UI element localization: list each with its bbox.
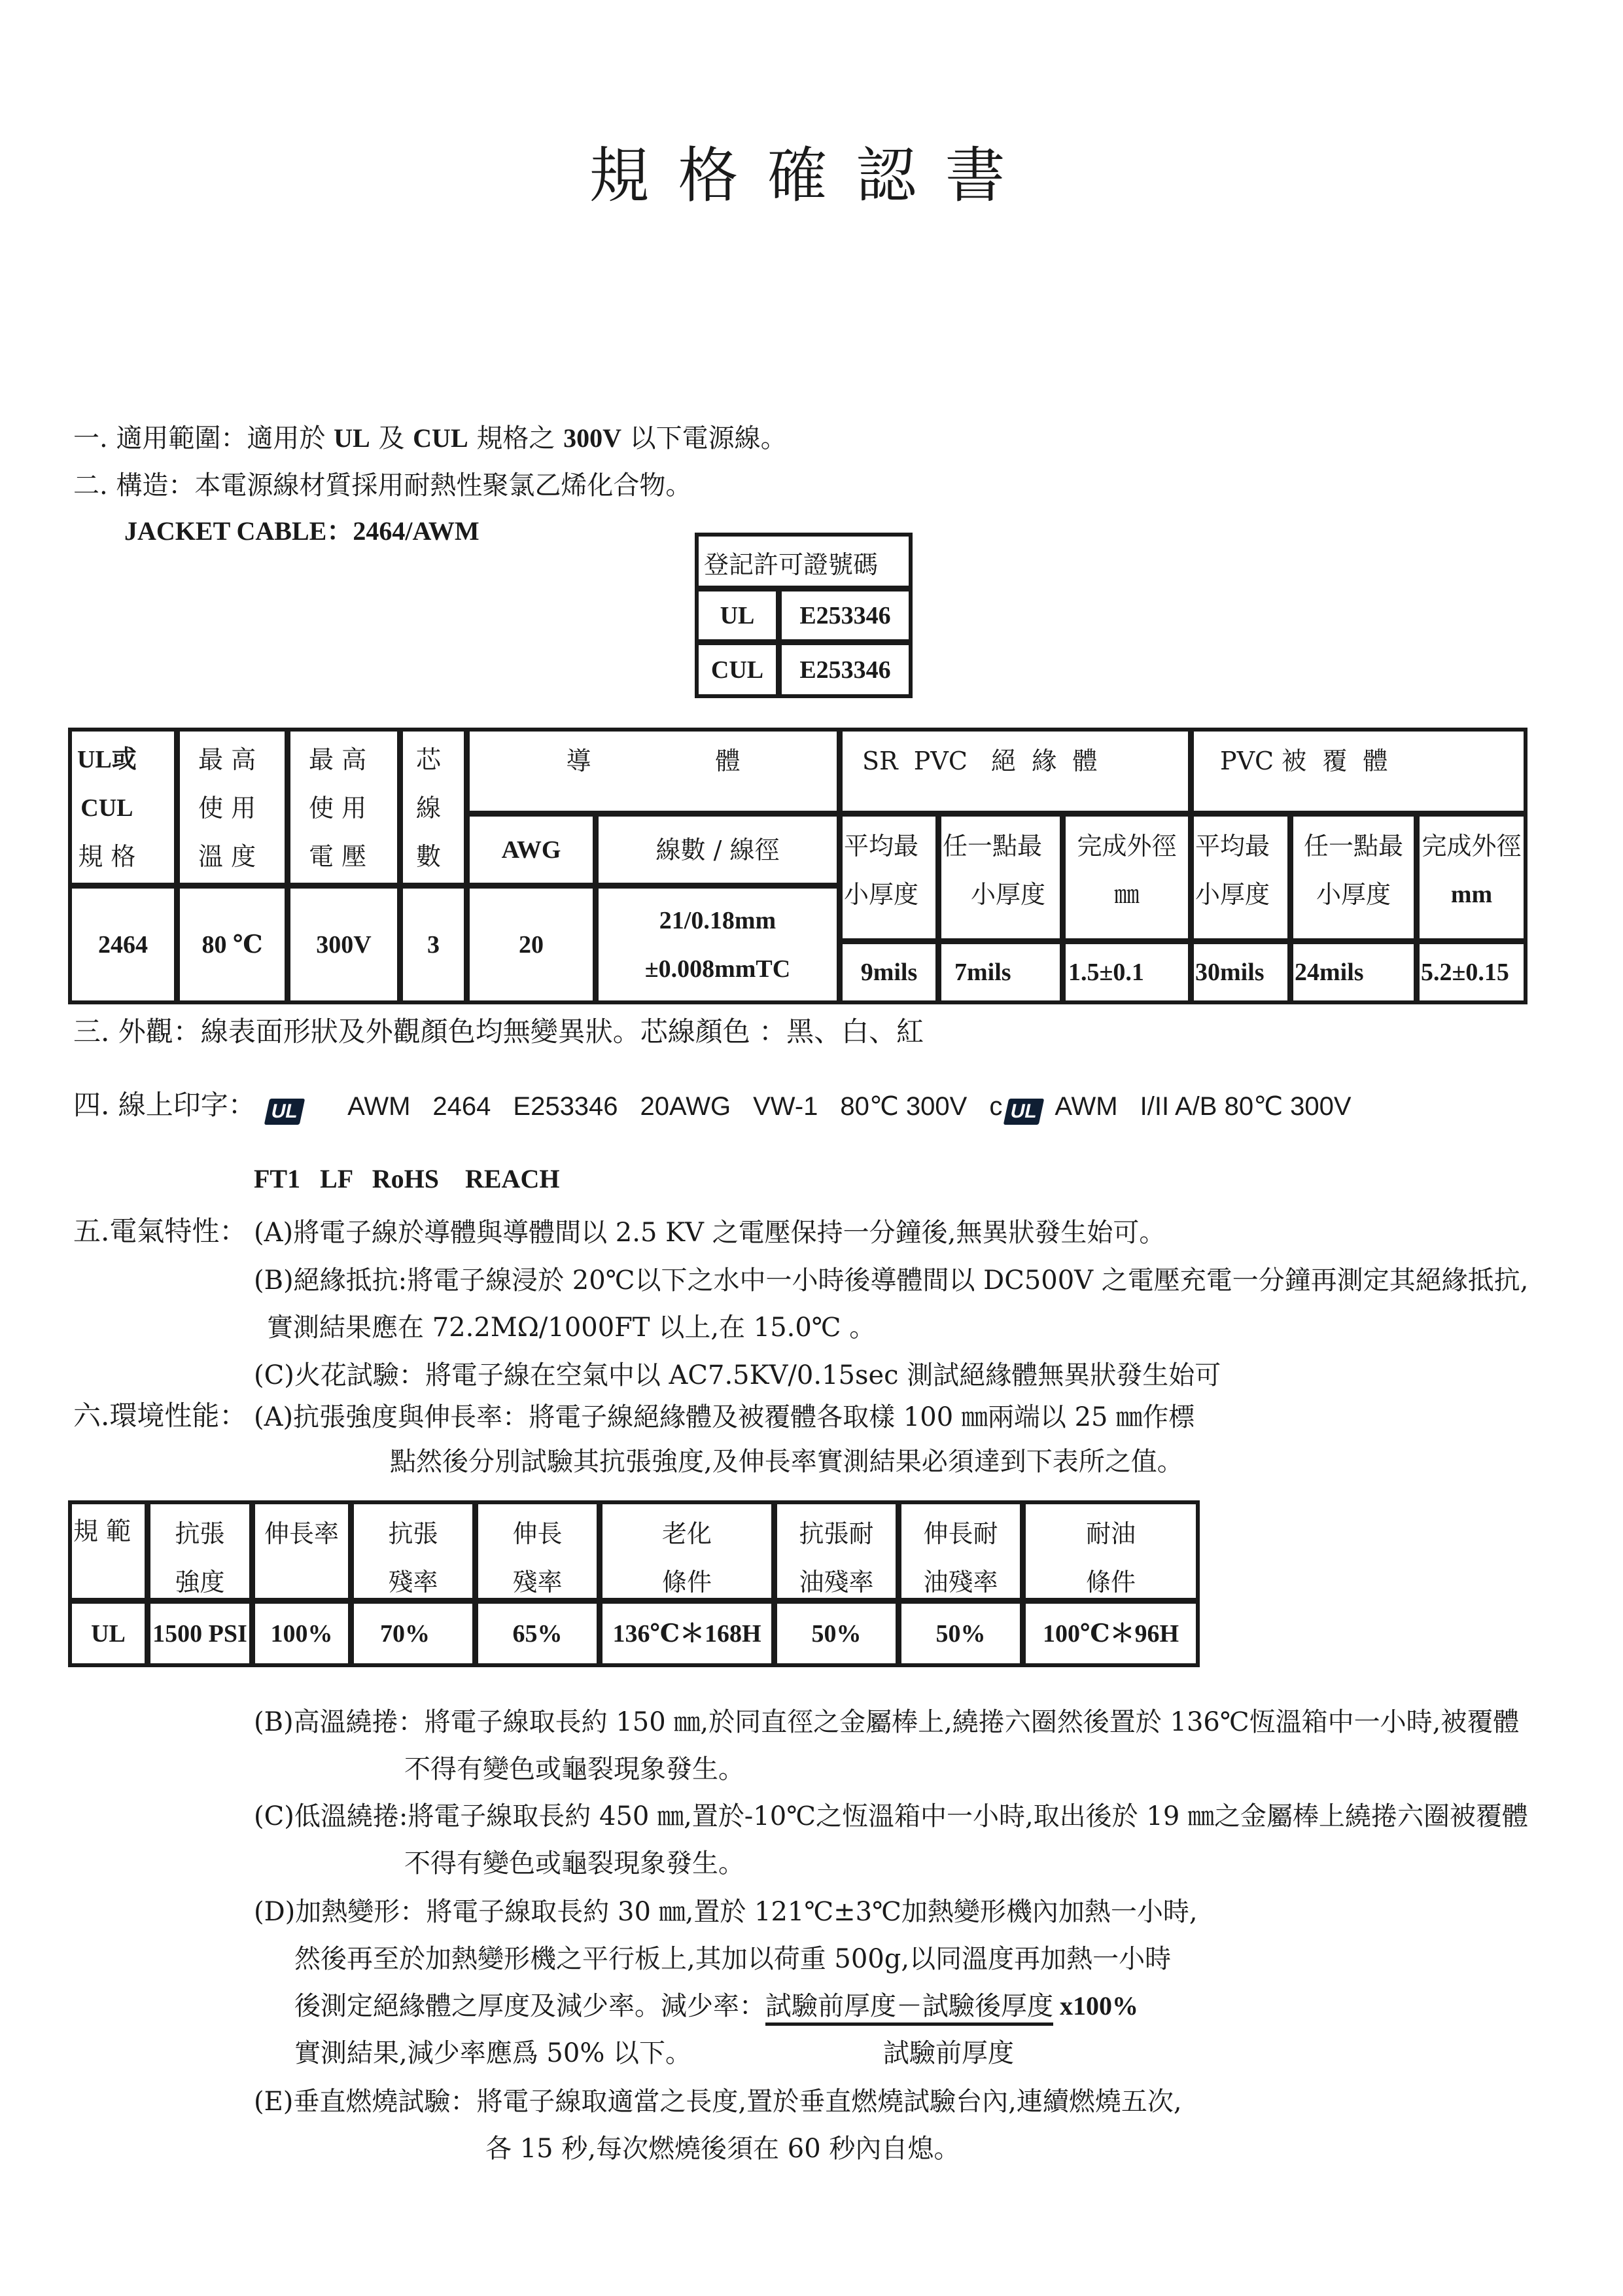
section-6-d4: 實測結果,減少率應爲 50% 以下。 [294, 2038, 691, 2069]
section-6-d1: (D)加熱變形：將電子線取長約 30 ㎜,置於 121℃±3℃加熱變形機內加熱一… [254, 1896, 1198, 1928]
env-header-line: 伸長率 [264, 1510, 339, 1558]
section-5-label-wrap: 五.電氣特性： [73, 1216, 247, 1247]
section-6-d3: 後測定絕緣體之厚度及減少率。減少率：試驗前厚度－試驗後厚度 x100% [294, 1990, 1138, 2022]
header-line: 完成外徑 [1077, 822, 1176, 870]
header-cores-line: 芯 [416, 735, 441, 784]
section-2-label: 二. [73, 470, 108, 501]
registration-std-cul: CUL [695, 641, 780, 698]
cell-max-temp: 80 ℃ [176, 885, 288, 1004]
section-3-appearance: 三. 外觀：線表面形狀及外觀顏色均無變異狀。芯線顏色 ：黑、白、紅 [73, 1016, 924, 1048]
section-2-construction: 二. 構造：本電源線材質採用耐熱性聚氯乙烯化合物。 [73, 470, 691, 501]
section-6-c1: (C)低溫繞捲:將電子線取長約 450 ㎜,置於-10℃之恆溫箱中一小時,取出後… [254, 1801, 1528, 1832]
section-5-c: (C)火花試驗：將電子線在空氣中以 AC7.5KV/0.15sec 測試絕緣體無… [254, 1360, 1221, 1391]
header-temp-line: 使 用 [198, 784, 256, 832]
cell-jac-od: 5.2±0.15 [1416, 940, 1527, 1004]
section-4-label: 四. [73, 1089, 109, 1121]
header-line: 小厚度 [1316, 870, 1391, 919]
header-std-line: CUL [77, 784, 137, 832]
header-jac-avg-thickness: 平均最小厚度 [1190, 813, 1291, 942]
section-5-a: (A)將電子線於導體與導體間以 2.5 KV 之電壓保持一分鐘後,無異狀發生始可… [254, 1217, 1165, 1248]
section-5-title: 電氣特性： [109, 1215, 247, 1247]
env-cell-7: 50% [898, 1600, 1024, 1667]
cell-cores: 3 [399, 885, 468, 1004]
strand-line: ±0.008mmTC [645, 945, 790, 993]
section-1-label: 一. [73, 423, 108, 453]
header-jacket: PVC 被 覆 體 [1190, 728, 1527, 815]
env-cell-1: 1500 PSI [147, 1600, 253, 1667]
header-cores-line: 數 [416, 832, 441, 881]
header-temp-line: 溫 度 [198, 832, 256, 881]
header-line: 平均最 [1195, 822, 1270, 870]
cul-logo-icon: UL [1003, 1099, 1045, 1125]
env-header-line: 殘率 [388, 1558, 438, 1606]
section-5-b1: (B)絕緣抵抗:將電子線浸於 20℃以下之水中一小時後導體間以 DC500V 之… [254, 1265, 1529, 1296]
header-ins-min-thickness: 任一點最小厚度 [937, 813, 1064, 942]
marking-item: 20AWG [640, 1092, 731, 1121]
section-6-label-wrap: 六.環境性能： [73, 1400, 247, 1432]
env-header-line: 抗張 [388, 1510, 438, 1558]
header-insulation: SR PVC 絕 緣 體 [839, 728, 1192, 815]
marking-item: AWM [1055, 1092, 1117, 1121]
env-header-8: 耐油條件 [1022, 1500, 1200, 1602]
env-header-2: 伸長率 [251, 1500, 352, 1602]
env-header-line: 抗張 [175, 1510, 224, 1558]
marking-item: 80℃ 300V [840, 1092, 967, 1121]
section-1-text: 規格之 [468, 423, 563, 453]
env-header-1: 抗張強度 [147, 1500, 253, 1602]
env-cell-0: UL [68, 1600, 148, 1667]
section-6-b2: 不得有變色或龜裂現象發生。 [404, 1754, 744, 1785]
cell-std: 2464 [68, 885, 178, 1004]
header-line: 任一點最 [1304, 822, 1403, 870]
formula-denominator: 試驗前厚度 [883, 2038, 1014, 2069]
section-1-text: 及 [370, 423, 413, 453]
header-conductor: 導 體 [466, 728, 841, 815]
header-line: 任一點最 [943, 822, 1042, 870]
cell-strand: 21/0.18mm±0.008mmTC [595, 885, 841, 1004]
env-cell-6: 50% [773, 1600, 899, 1667]
env-header-line: 伸長 [512, 1510, 562, 1558]
header-line: 完成外徑 [1422, 822, 1521, 870]
header-volt-line: 最 高 [309, 735, 366, 784]
env-cell-3: 70% [350, 1600, 476, 1667]
section-5-b2: 實測結果應在 72.2MΩ/1000FT 以上,在 15.0℃ 。 [267, 1312, 875, 1343]
section-1-ul: UL [334, 423, 370, 453]
env-header-line: 強度 [175, 1558, 224, 1606]
header-max-temp: 最 高 使 用 溫 度 [176, 728, 288, 887]
cell-awg: 20 [466, 885, 597, 1004]
env-header-line: 油殘率 [923, 1558, 998, 1606]
header-strand: 線數 / 線徑 [595, 813, 841, 887]
section-3-label: 三. [73, 1016, 109, 1048]
env-cell-8: 100℃＊96H [1022, 1600, 1200, 1667]
header-ins-avg-thickness: 平均最小厚度 [839, 813, 939, 942]
section-3-text: 外觀：線表面形狀及外觀顏色均無變異狀。芯線顏色 ：黑、白、紅 [118, 1016, 924, 1048]
env-header-7: 伸長耐油殘率 [898, 1500, 1024, 1602]
cell-jac-avg: 30mils [1190, 940, 1291, 1004]
header-std-line: 規 格 [77, 832, 137, 881]
section-6-title: 環境性能： [109, 1400, 247, 1432]
cell-ins-min: 7mils [937, 940, 1064, 1004]
formula-numerator: 試驗前厚度－試驗後厚度 [765, 1991, 1053, 2026]
env-header-0: 規 範 [68, 1500, 148, 1602]
registration-no-ul: E253346 [778, 588, 913, 643]
section-5-label: 五. [73, 1215, 109, 1247]
registration-no-cul: E253346 [778, 641, 913, 698]
env-header-line: 油殘率 [799, 1558, 873, 1606]
header-line: 小厚度 [971, 870, 1058, 919]
header-line: mm [1451, 870, 1492, 919]
header-std-line: UL或 [77, 735, 137, 784]
d3-prefix: 後測定絕緣體之厚度及減少率。減少率： [294, 1991, 765, 2021]
header-volt-line: 使 用 [309, 784, 366, 832]
section-1-voltage: 300V [563, 423, 621, 453]
header-line: 小厚度 [1195, 870, 1270, 919]
section-1-text: 以下電源線。 [621, 423, 787, 453]
header-line: 小厚度 [844, 870, 918, 919]
header-std: UL或 CUL 規 格 [68, 728, 178, 887]
env-header-line: 抗張耐 [799, 1510, 873, 1558]
section-6-a1: (A)抗張強度與伸長率：將電子線絕緣體及被覆體各取樣 100 ㎜兩端以 25 ㎜… [254, 1402, 1195, 1433]
section-6-label: 六. [73, 1400, 109, 1432]
ul-logo-icon: UL [264, 1099, 305, 1125]
cell-max-voltage: 300V [287, 885, 401, 1004]
marking-item: E253346 [513, 1092, 618, 1121]
header-line: ㎜ [1114, 870, 1139, 919]
env-header-line: 耐油 [1086, 1510, 1136, 1558]
env-header-line: 殘率 [512, 1558, 562, 1606]
header-line: 平均最 [844, 822, 918, 870]
header-awg: AWG [466, 813, 597, 887]
env-header-line: 條件 [662, 1558, 712, 1606]
marking-item: VW-1 [753, 1092, 818, 1121]
marking-item: AWM [347, 1092, 410, 1121]
cell-jac-min: 24mils [1289, 940, 1418, 1004]
registration-std-ul: UL [695, 588, 780, 643]
header-max-voltage: 最 高 使 用 電 壓 [287, 728, 401, 887]
section-6-a2: 點然後分別試驗其抗張強度,及伸長率實測結果必須達到下表所之值。 [390, 1446, 1183, 1477]
header-temp-line: 最 高 [198, 735, 256, 784]
section-6-e2: 各 15 秒,每次燃燒後須在 60 秒內自熄。 [485, 2133, 960, 2164]
marking-item: 2464 [432, 1092, 491, 1121]
header-jac-min-thickness: 任一點最小厚度 [1289, 813, 1418, 942]
section-6-e1: (E)垂直燃燒試驗：將電子線取適當之長度,置於垂直燃燒試驗台內,連續燃燒五次, [254, 2086, 1182, 2117]
env-header-6: 抗張耐油殘率 [773, 1500, 899, 1602]
env-header-line: 老化 [662, 1510, 712, 1558]
section-6-d2: 然後再至於加熱變形機之平行板上,其加以荷重 500g,以同溫度再加熱一小時 [294, 1943, 1171, 1975]
header-ins-od: 完成外徑㎜ [1062, 813, 1192, 942]
env-cell-2: 100% [251, 1600, 352, 1667]
marking-item: I/II A/B 80℃ 300V [1140, 1092, 1352, 1121]
section-1-scope: 一. 適用範圍：適用於 UL 及 CUL 規格之 300V 以下電源線。 [73, 423, 787, 454]
env-cell-5: 136℃＊168H [599, 1600, 775, 1667]
section-4-title: 線上印字： [118, 1089, 256, 1121]
section-4-marking: 四. 線上印字： [73, 1089, 256, 1121]
env-header-line: 條件 [1086, 1558, 1136, 1606]
marking-compliance: FT1 LF RoHS REACH [254, 1163, 559, 1195]
section-1-cul: CUL [413, 423, 468, 453]
env-header-4: 伸長殘率 [474, 1500, 601, 1602]
c-prefix: c [989, 1092, 1002, 1121]
section-2-text: 構造：本電源線材質採用耐熱性聚氯乙烯化合物。 [116, 470, 691, 501]
env-header-line: 伸長耐 [923, 1510, 998, 1558]
document-title: 規格確認書 [0, 128, 1623, 214]
strand-line: 21/0.18mm [645, 896, 790, 945]
section-6-c2: 不得有變色或龜裂現象發生。 [404, 1848, 744, 1879]
formula-multiplier: x100% [1053, 1991, 1138, 2021]
registration-header: 登記許可證號碼 [695, 533, 913, 590]
jacket-cable-spec: JACKET CABLE：2464/AWM [124, 516, 480, 547]
header-volt-line: 電 壓 [309, 832, 366, 881]
cable-marking-line: UL AWM2464E25334620AWGVW-180℃ 300VcULAWM… [267, 1091, 1374, 1125]
section-1-text: 適用範圍：適用於 [116, 423, 334, 453]
section-6-b1: (B)高溫繞捲：將電子線取長約 150 ㎜,於同直徑之金屬棒上,繞捲六圈然後置於… [254, 1706, 1519, 1738]
header-jac-od: 完成外徑mm [1416, 813, 1527, 942]
env-header-3: 抗張殘率 [350, 1500, 476, 1602]
env-cell-4: 65% [474, 1600, 601, 1667]
cell-ins-od: 1.5±0.1 [1062, 940, 1192, 1004]
header-cores-line: 線 [416, 784, 441, 832]
env-header-5: 老化條件 [599, 1500, 775, 1602]
cell-ins-avg: 9mils [839, 940, 939, 1004]
header-cores: 芯 線 數 [399, 728, 468, 887]
